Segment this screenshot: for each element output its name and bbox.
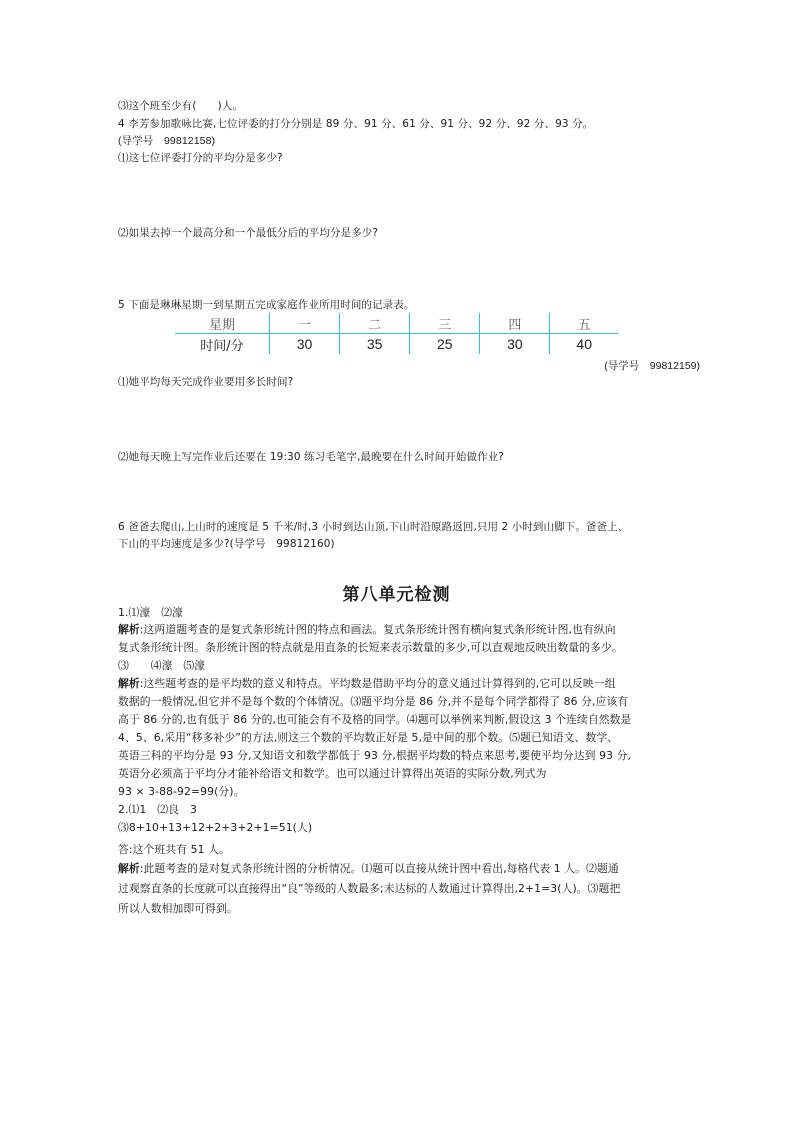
section-title: 第八单元检测 xyxy=(0,580,793,605)
analysis-1-line: 解析:这两道题考查的是复式条形统计图的特点和画法。复式条形统计图有横向复式条形统… xyxy=(118,622,616,638)
analysis-3-line: 解析:此题考查的是对复式条形统计图的分析情况。⑴题可以直接从统计图中看出,每格代… xyxy=(118,861,619,877)
analysis-label: 解析 xyxy=(118,677,140,690)
document-page: ⑶这个班至少有( )人。 4 李芳参加歌咏比赛,七位评委的打分分别是 89 分、… xyxy=(0,0,793,1122)
table-cell: 30 xyxy=(270,334,340,355)
answer-2-3: ⑶8+10+13+12+2+3+2+1=51(人) xyxy=(118,820,312,836)
analysis-2-line: 解析:这些题考查的是平均数的意义和特点。平均数是借助平均分的意义通过计算得到的,… xyxy=(118,676,616,692)
table-header-cell: 三 xyxy=(410,313,480,334)
table-row: 时间/分 30 35 25 30 40 xyxy=(175,334,618,355)
analysis-2-formula: 93 × 3-88-92=99(分)。 xyxy=(118,784,245,800)
question-3-3: ⑶这个班至少有( )人。 xyxy=(118,99,243,113)
table-cell: 35 xyxy=(340,334,410,355)
table-header-row: 星期 一 二 三 四 五 xyxy=(175,313,618,334)
table-header-cell: 五 xyxy=(550,313,618,334)
answer-2-conclusion: 答:这个班共有 51 人。 xyxy=(118,842,230,858)
answer-2: 2.⑴1 ⑵良 3 xyxy=(118,802,197,818)
table-header-cell: 星期 xyxy=(175,313,270,334)
analysis-text: :这些题考查的是平均数的意义和特点。平均数是借助平均分的意义通过计算得到的,它可… xyxy=(140,677,616,690)
analysis-label: 解析 xyxy=(118,623,140,636)
question-5-stem: 5 下面是琳琳星期一到星期五完成家庭作业所用时间的记录表。 xyxy=(118,298,414,312)
analysis-text: :此题考查的是对复式条形统计图的分析情况。⑴题可以直接从统计图中看出,每格代表 … xyxy=(140,862,619,875)
analysis-3-line: 过观察直条的长度就可以直接得出“良”等级的人数最多;未达标的人数通过计算得出,2… xyxy=(118,881,620,897)
question-5-ref: (导学号 99812159) xyxy=(604,358,700,373)
table-cell: 25 xyxy=(410,334,480,355)
analysis-label: 解析 xyxy=(118,862,140,875)
analysis-2-line: 数据的一般情况,但它并不是每个数的个体情况。⑶题平均分是 86 分,并不是每个同… xyxy=(118,694,628,710)
analysis-3-line: 所以人数相加即可得到。 xyxy=(118,901,238,917)
question-4-stem: 4 李芳参加歌咏比赛,七位评委的打分分别是 89 分、91 分、61 分、91 … xyxy=(118,117,593,131)
question-6-line1: 6 爸爸去爬山,上山时的速度是 5 千米/时,3 小时到达山顶,下山时沿原路返回… xyxy=(118,520,628,534)
question-4-sub2: ⑵如果去掉一个最高分和一个最低分后的平均分是多少? xyxy=(118,226,378,240)
analysis-2-line: 英语分必须高于平均分才能补给语文和数学。也可以通过计算得出英语的实际分数,列式为 xyxy=(118,766,547,782)
table-header-cell: 四 xyxy=(480,313,550,334)
table-header-cell: 二 xyxy=(340,313,410,334)
question-6-line2: 下山的平均速度是多少?(导学号 99812160) xyxy=(118,537,335,551)
question-4-ref: (导学号 99812158) xyxy=(118,134,215,148)
homework-time-table: 星期 一 二 三 四 五 时间/分 30 35 25 30 40 xyxy=(175,313,618,354)
table-cell: 40 xyxy=(550,334,618,355)
answer-3-5: ⑶ ⑷濠 ⑸濠 xyxy=(118,658,205,674)
analysis-2-line: 英语三科的平均分是 93 分,又知语文和数学都低于 93 分,根据平均数的特点来… xyxy=(118,748,631,764)
table-header-cell: 一 xyxy=(270,313,340,334)
table-cell: 时间/分 xyxy=(175,334,270,355)
question-5-sub1: ⑴她平均每天完成作业要用多长时间? xyxy=(118,375,293,389)
analysis-2-line: 4、5、6,采用“移多补少”的方法,则这三个数的平均数正好是 5,是中间的那个数… xyxy=(118,730,618,746)
answer-1: 1.⑴濠 ⑵濠 xyxy=(118,605,183,621)
table-cell: 30 xyxy=(480,334,550,355)
analysis-text: :这两道题考查的是复式条形统计图的特点和画法。复式条形统计图有横向复式条形统计图… xyxy=(140,623,616,636)
analysis-2-line: 高于 86 分的,也有低于 86 分的,也可能会有不及格的同学。⑷题可以举例来判… xyxy=(118,712,631,728)
analysis-1-line: 复式条形统计图。条形统计图的特点就是用直条的长短来表示数量的多少,可以直观地反映… xyxy=(118,640,623,656)
question-5-sub2: ⑵她每天晚上写完作业后还要在 19:30 练习毛笔字,最晚要在什么时间开始做作业… xyxy=(118,450,504,464)
question-4-sub1: ⑴这七位评委打分的平均分是多少? xyxy=(118,151,283,165)
